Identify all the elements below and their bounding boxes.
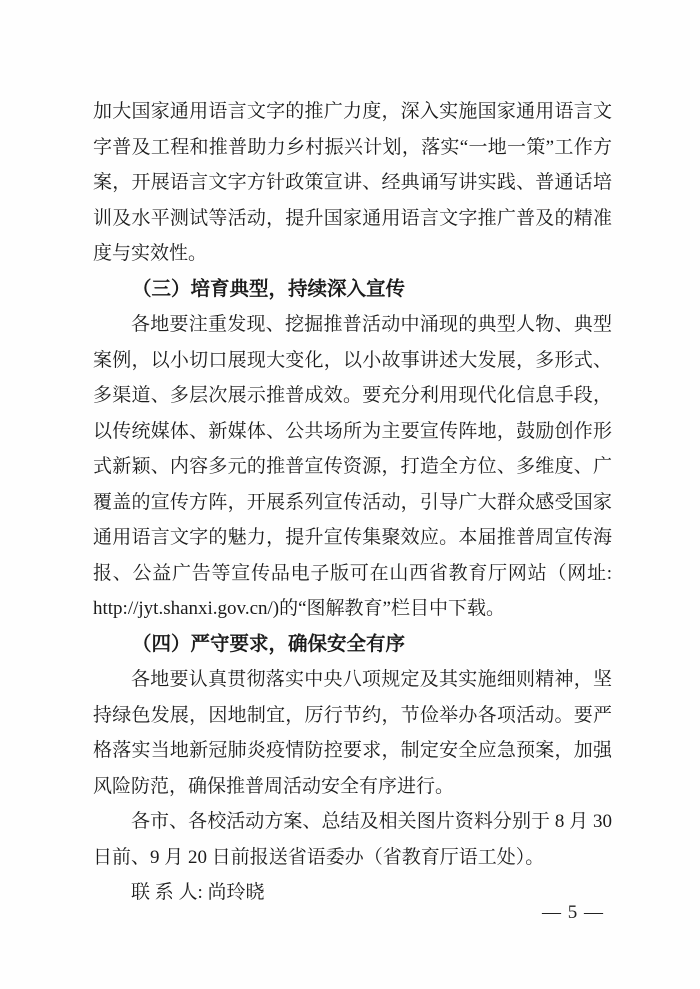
para-contact-person-line: 联 系 人: 尚玲晓 — [93, 875, 612, 911]
para-section-3-line: 以传统媒体、新媒体、公共场所为主要宣传阵地，鼓励创作形 — [93, 414, 612, 450]
para-section-4-line: 各地要认真贯彻落实中央八项规定及其实施细则精神，坚 — [93, 662, 612, 698]
page-number: — 5 — — [542, 901, 604, 925]
document-page: 加大国家通用语言文字的推广力度，深入实施国家通用语言文字普及工程和推普助力乡村振… — [0, 0, 700, 989]
para-promotion-continued-line: 案，开展语言文字方针政策宣讲、经典诵写讲实践、普通话培 — [93, 165, 612, 201]
para-section-4-line: 持绿色发展，因地制宜，厉行节约，节俭举办各项活动。要严 — [93, 698, 612, 734]
heading-section-4: （四）严守要求，确保安全有序 — [93, 627, 612, 663]
para-section-3-line: 覆盖的宣传方阵，开展系列宣传活动，引导广大群众感受国家 — [93, 485, 612, 521]
para-submission-deadlines-line: 各市、各校活动方案、总结及相关图片资料分别于 8 月 30 — [93, 804, 612, 840]
para-promotion-continued-line: 度与实效性。 — [93, 236, 612, 272]
para-section-3-line: 案例，以小切口展现大变化，以小故事讲述大发展，多形式、 — [93, 343, 612, 379]
document-body: 加大国家通用语言文字的推广力度，深入实施国家通用语言文字普及工程和推普助力乡村振… — [93, 94, 612, 911]
para-promotion-continued-line: 训及水平测试等活动，提升国家通用语言文字推广普及的精准 — [93, 201, 612, 237]
heading-section-3: （三）培育典型，持续深入宣传 — [93, 272, 612, 308]
para-section-3-line: 多渠道、多层次展示推普成效。要充分利用现代化信息手段， — [93, 378, 612, 414]
para-section-3-line: http://jyt.shanxi.gov.cn/)的“图解教育”栏目中下载。 — [93, 591, 612, 627]
para-section-3-line: 式新颖、内容多元的推普宣传资源，打造全方位、多维度、广 — [93, 449, 612, 485]
para-section-3-line: 报、公益广告等宣传品电子版可在山西省教育厅网站（网址: — [93, 556, 612, 592]
para-section-3-line: 各地要注重发现、挖掘推普活动中涌现的典型人物、典型 — [93, 307, 612, 343]
para-promotion-continued-line: 字普及工程和推普助力乡村振兴计划，落实“一地一策”工作方 — [93, 130, 612, 166]
para-section-4-line: 风险防范，确保推普周活动安全有序进行。 — [93, 769, 612, 805]
para-section-3-line: 通用语言文字的魅力，提升宣传集聚效应。本届推普周宣传海 — [93, 520, 612, 556]
para-section-4-line: 格落实当地新冠肺炎疫情防控要求，制定安全应急预案，加强 — [93, 733, 612, 769]
para-promotion-continued-line: 加大国家通用语言文字的推广力度，深入实施国家通用语言文 — [93, 94, 612, 130]
para-submission-deadlines-line: 日前、9 月 20 日前报送省语委办（省教育厅语工处）。 — [93, 840, 612, 876]
